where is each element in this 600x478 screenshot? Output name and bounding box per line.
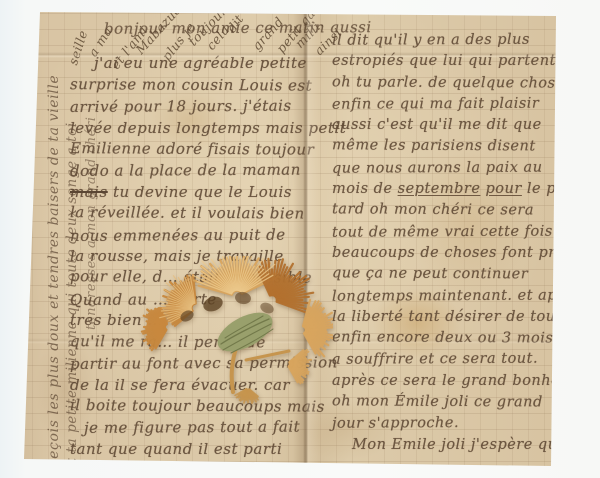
handwriting-line: Emilienne adoré fisais toujour — [70, 138, 372, 161]
handwriting-line: que nous aurons la paix au — [332, 157, 595, 180]
handwriting-line: tant que quand il est parti — [70, 439, 372, 460]
handwriting-line: il dit qu'il y en a des plus — [332, 29, 595, 52]
right-page-text: il dit qu'il y en a des plusestropiés qu… — [332, 30, 595, 456]
margin-note-line: tendresses a mon grand chéri — [84, 116, 99, 330]
handwriting-line: je me figure pas tout a fait — [70, 416, 372, 439]
handwriting-line: dodo a la place de la maman — [70, 160, 372, 183]
handwriting-line: enfin encore deux ou 3 mois — [332, 327, 595, 350]
handwriting-line: oh mon Émile joli ce grand — [332, 391, 595, 414]
handwriting-line: a souffrire et ce sera tout. — [332, 349, 595, 372]
handwriting-line: bonjour mon amie ce matin aussi — [70, 17, 372, 40]
handwriting-line: tard oh mon chéri ce sera — [332, 200, 595, 223]
handwriting-line: enfin ce qui ma fait plaisir — [332, 93, 595, 116]
handwriting-line: levée depuis longtemps mais petit — [70, 118, 372, 139]
handwriting-line: beaucoups de choses font prévoir — [332, 243, 595, 264]
handwriting-line: oh tu parle. de quelque chose — [332, 72, 595, 95]
handwriting-line: mais tu devine que le Louis — [70, 182, 372, 203]
handwriting-line: nous emmenées au puit de — [70, 224, 372, 247]
handwriting-line: même les parisiens disent — [332, 136, 595, 159]
handwriting-line: la réveillée. et il voulais bien — [70, 202, 372, 225]
handwriting-line: surprise mon cousin Louis est — [70, 74, 372, 97]
handwriting-line: Mon Emile joli j'espère que — [332, 435, 595, 456]
handwriting-line: la liberté tant désirer de tous — [332, 307, 595, 328]
scanned-letter: seillea maet l'amiMabazueplus jetoujours… — [0, 0, 600, 478]
handwriting-line: que ça ne peut continuer — [332, 264, 595, 287]
handwriting-line: aussi c'est qu'il me dit que — [332, 115, 595, 136]
margin-note-line: et ta petite milienne qui toute deux son… — [64, 122, 80, 472]
handwriting-line: après ce sera le grand bonheur — [332, 371, 595, 392]
handwriting-line: arrivé pour 18 jours. j'étais — [70, 95, 372, 118]
handwriting-line: longtemps maintenant. et après — [332, 285, 595, 308]
margin-note-line: Reçois les plus doux et tendres baisers … — [46, 75, 62, 470]
handwriting-line: j'ai eu une agréable petite — [70, 53, 372, 74]
handwriting-line: jour s'approche. — [332, 413, 595, 436]
handwriting-line: mois de septembre pour le plus — [332, 179, 595, 200]
letter-paper: seillea maet l'amiMabazueplus jetoujours… — [0, 0, 600, 478]
handwriting-line: tout de même vrai cette fois — [332, 221, 595, 244]
handwriting-line: estropiés que lui qui partent — [332, 51, 595, 72]
pressed-flower — [133, 256, 333, 406]
